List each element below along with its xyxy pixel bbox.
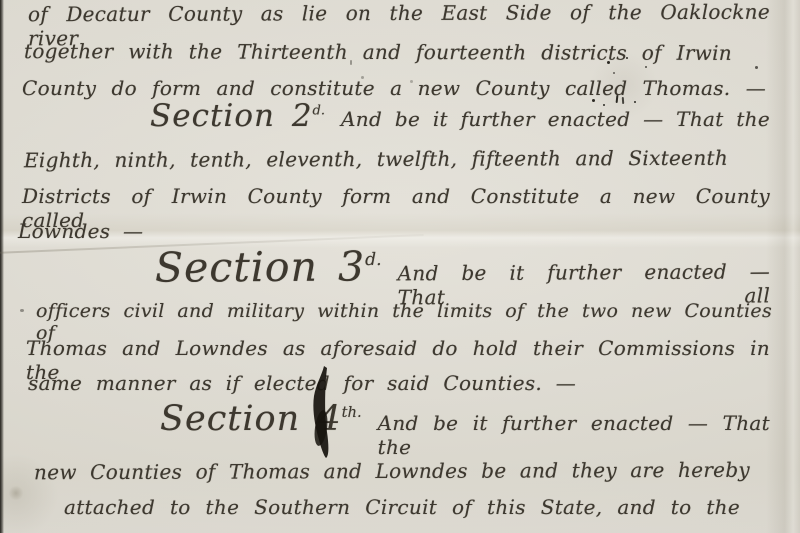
manuscript-line-5: Eighth, ninth, tenth, eleventh, twelfth,… xyxy=(24,146,728,172)
manuscript-line-4-section-2: Section 2d. And be it further enacted — … xyxy=(150,98,770,134)
ink-speckle xyxy=(634,101,636,103)
paper-fold-shadow xyxy=(766,0,800,533)
section-3-heading: Section 3d. xyxy=(155,242,382,291)
manuscript-line-12-section-4: Section 4th. And be it further enacted —… xyxy=(160,399,770,459)
manuscript-line-3: County do form and constitute a new Coun… xyxy=(22,76,766,100)
ink-speckle xyxy=(350,60,352,65)
ink-speckle xyxy=(622,97,624,104)
paper-stain xyxy=(8,486,24,500)
section-4-clause: And be it further enacted — That the xyxy=(378,411,770,459)
section-2-clause: And be it further enacted — That the xyxy=(341,107,770,131)
manuscript-line-14: attached to the Southern Circuit of this… xyxy=(64,495,740,519)
manuscript-line-7: Lowndes — xyxy=(18,219,143,243)
ink-speckle xyxy=(607,61,610,64)
manuscript-page-scan: of Decatur County as lie on the East Sid… xyxy=(0,0,800,533)
ink-speckle xyxy=(592,99,595,102)
ink-speckle xyxy=(410,80,413,83)
manuscript-line-2: together with the Thirteenth and fourtee… xyxy=(24,39,732,65)
ink-speckle xyxy=(755,66,758,69)
ink-speckle xyxy=(603,104,605,106)
ink-speckle xyxy=(20,309,24,312)
section-2-heading: Section 2d. xyxy=(150,98,325,134)
manuscript-line-13: new Counties of Thomas and Lowndes be an… xyxy=(34,458,750,484)
section-4-heading: Section 4th. xyxy=(160,399,362,439)
scan-left-edge xyxy=(0,0,4,533)
ink-speckle xyxy=(361,76,364,79)
ink-speckle xyxy=(645,66,647,68)
manuscript-line-11: same manner as if elected for said Count… xyxy=(28,371,576,395)
ink-speckle xyxy=(626,57,628,59)
ink-speckle xyxy=(613,72,615,74)
